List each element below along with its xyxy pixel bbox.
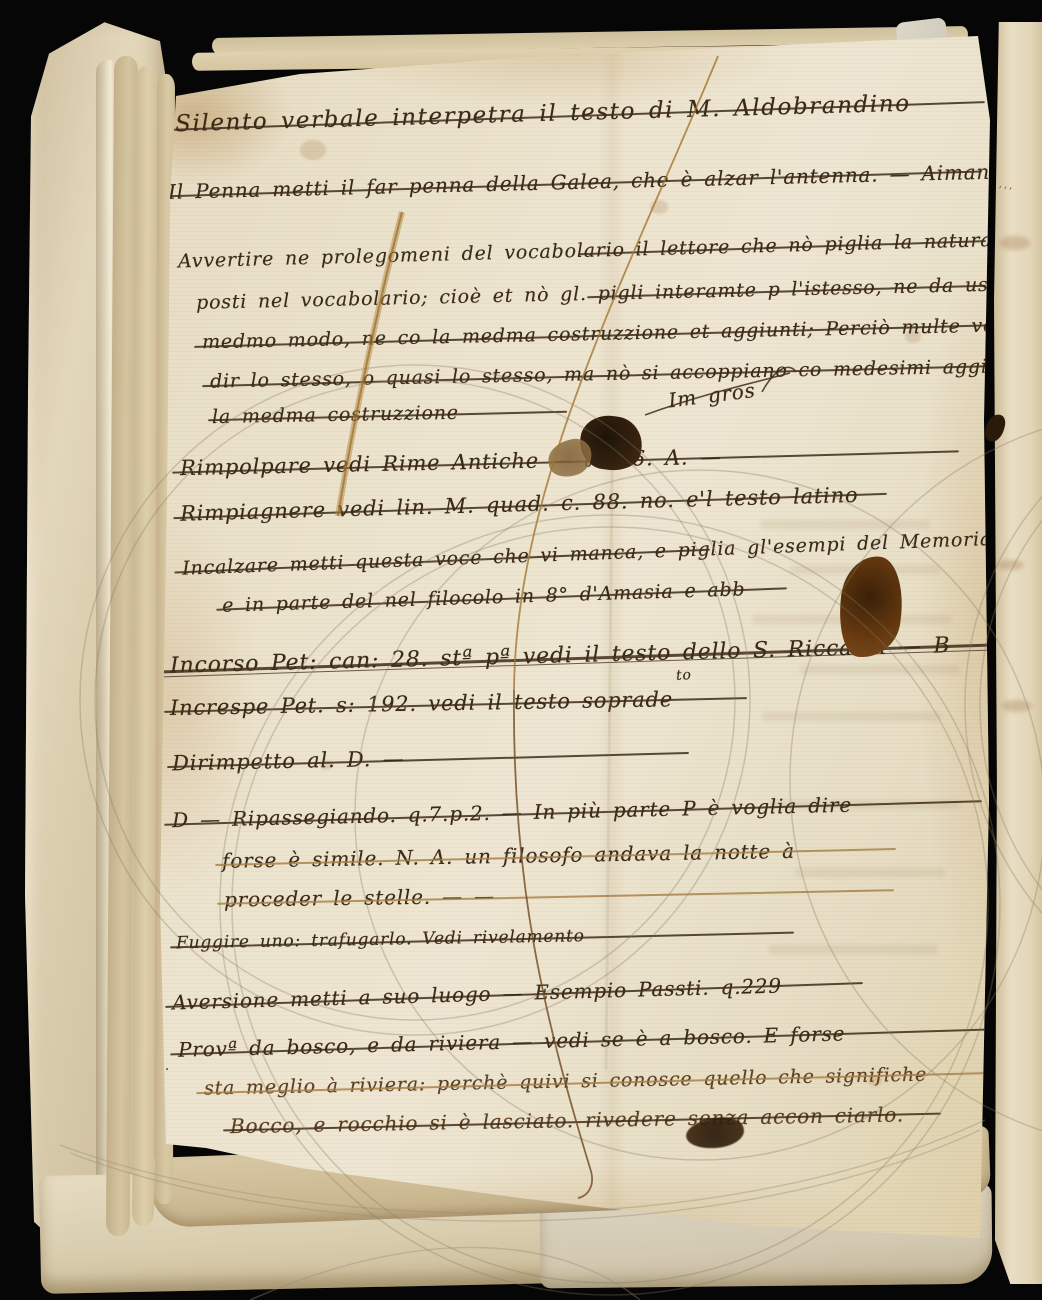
foxing-spot: [650, 200, 668, 214]
manuscript-line: Fuggire uno: trafugarlo. Vedi rivelament…: [176, 923, 788, 954]
foxing-spot: [300, 140, 326, 160]
manuscript-line: D — Ripassegiando. q.7.p.2. — In più par…: [172, 790, 974, 832]
bleedthrough-text-ghost: [760, 520, 930, 529]
manuscript-line: medmo modo, ne co la medma costruzzione …: [202, 315, 990, 353]
manuscript-line: proceder le stelle. — —: [224, 878, 888, 911]
manuscript-line: Provª da bosco, e da riviera — vedi se è…: [178, 1018, 978, 1062]
manuscript-line: sta meglio à riviera: perchè quivi si co…: [204, 1062, 990, 1099]
manuscript-line: Avvertire ne prolegomeni del vocabolario…: [178, 230, 978, 273]
manuscript-line: Il Penna metti il far penna della Galea,…: [168, 160, 974, 204]
facing-page-edge: [994, 22, 1042, 1284]
facing-page-smudge: [998, 560, 1024, 570]
bleedthrough-text-ghost: [762, 712, 942, 721]
facing-page-smudge: [1000, 236, 1030, 250]
manuscript-line: forse è simile. N. A. un filosofo andava…: [222, 837, 890, 873]
manuscript-line: Bocco, e rocchio si è lasciato. rivedere…: [230, 1102, 934, 1138]
page-stack-left-edge-2: [132, 66, 158, 1226]
manuscript-line: e in parte del nel filocolo in 8° d'Amas…: [222, 577, 782, 617]
superscript-correction: to: [675, 666, 706, 684]
facing-page-ink-mark: ’’’: [997, 185, 1014, 198]
bleedthrough-text-ghost: [800, 665, 960, 674]
manuscript-line: Aversione metti a suo luogo — Esempio Pa…: [172, 971, 856, 1014]
manuscript-line: Increspe Pet. s: 192. vedi il testo sopr…: [170, 686, 742, 720]
manuscript-line: Dirimpetto al. D. —: [172, 741, 684, 776]
manuscript-line: dir lo stesso, o quasi lo stesso, ma nò …: [210, 355, 998, 392]
manuscript-line: la medma costruzzione: [212, 400, 564, 428]
manuscript-line: posti nel vocabolario; cioè et nò gl. pi…: [196, 274, 978, 314]
bleedthrough-text-ghost: [768, 945, 938, 954]
manuscript-line: Silento verbale interpetra il testo di M…: [175, 89, 977, 137]
manuscript-photo: ’’’ Silento verbale interpetra il testo …: [0, 0, 1042, 1300]
facing-page-smudge: [1002, 700, 1032, 712]
bleedthrough-text-ghost: [795, 868, 945, 877]
